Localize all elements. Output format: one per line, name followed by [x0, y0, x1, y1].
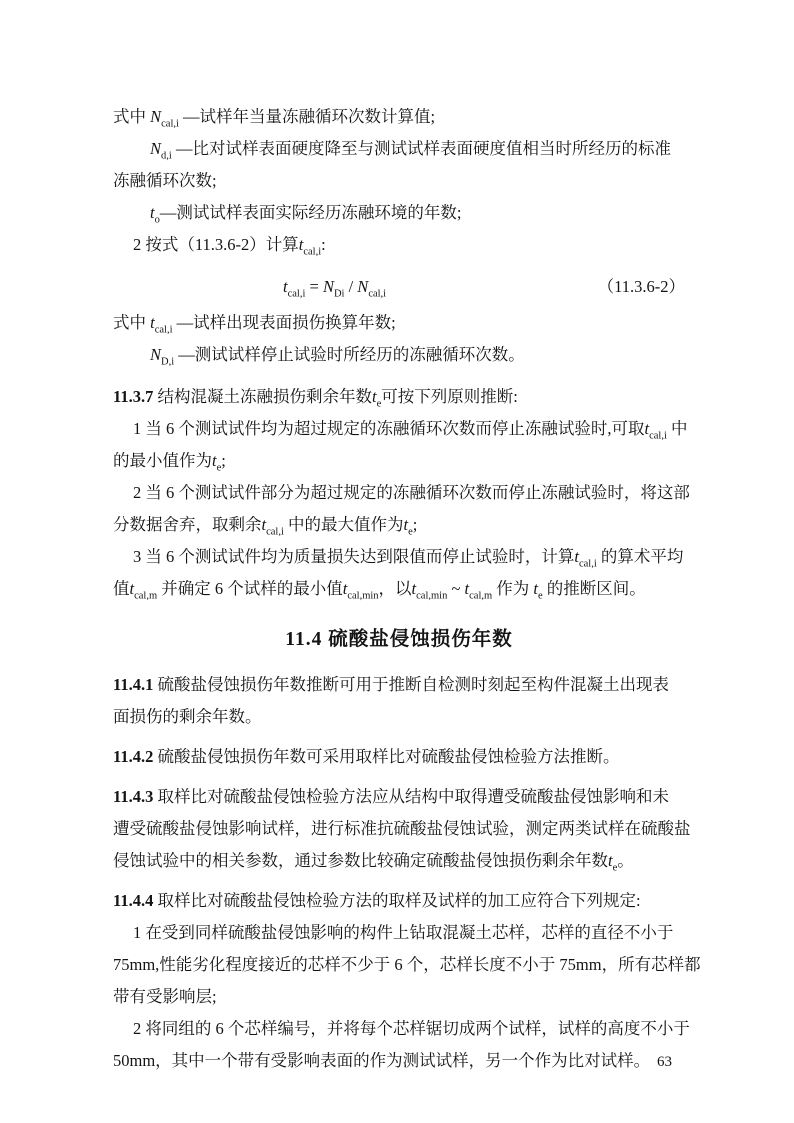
text-run: 取样比对硫酸盐侵蚀检验方法的取样及试样的加工应符合下列规定: — [153, 891, 640, 910]
text-run: 并确定 6 个试样的最小值 — [157, 579, 343, 598]
text-run: ; — [413, 515, 418, 534]
subscript-text: d,i — [161, 150, 172, 161]
document-line: 2 将同组的 6 个芯样编号，并将每个芯样锯切成两个试样，试样的高度不小于 — [113, 1013, 685, 1045]
text-run: 11.4 硫酸盐侵蚀损伤年数 — [285, 629, 512, 650]
document-page: 式中 Ncal,i —试样年当量冻融循环次数计算值;Nd,i —比对试样表面硬度… — [0, 0, 794, 1123]
text-run: = — [305, 277, 323, 296]
text-run: 遭受硫酸盐侵蚀影响试样，进行标准抗硫酸盐侵蚀试验，测定两类试样在硫酸盐 — [113, 819, 691, 838]
text-run: 可按下列原则推断: — [381, 387, 518, 406]
text-run: 2 将同组的 6 个芯样编号，并将每个芯样锯切成两个试样，试样的高度不小于 — [133, 1019, 690, 1038]
document-line: Nd,i —比对试样表面硬度降至与测试试样表面硬度值相当时所经历的标准 — [113, 133, 685, 165]
document-line: 50mm，其中一个带有受影响表面的作为测试试样，另一个作为比对试样。 — [113, 1045, 685, 1077]
document-line: 11.4.4 取样比对硫酸盐侵蚀检验方法的取样及试样的加工应符合下列规定: — [113, 885, 685, 917]
text-run: ; — [221, 451, 226, 470]
text-run: 带有受影响层; — [113, 987, 217, 1006]
subscript-text: Di — [334, 288, 345, 299]
text-run: 式中 — [113, 313, 150, 332]
subscript-text: D,i — [161, 356, 174, 367]
text-run: 1 当 6 个测试试件均为超过规定的冻融循环次数而停止冻融试验时,可取 — [133, 419, 645, 438]
text-run: —试样出现表面损伤换算年数; — [173, 313, 396, 332]
text-run: / — [344, 277, 357, 296]
variable-symbol: N — [323, 277, 334, 296]
subscript-text: cal,i — [266, 526, 284, 537]
text-run: 的最小值作为 — [113, 451, 212, 470]
subscript-text: cal,m — [134, 590, 157, 601]
text-run: 作为 — [492, 579, 533, 598]
document-line: 1 当 6 个测试试件均为超过规定的冻融循环次数而停止冻融试验时,可取tcal,… — [113, 413, 685, 445]
text-run: 2 当 6 个测试试件部分为超过规定的冻融循环次数而停止冻融试验时，将这部 — [133, 483, 690, 502]
text-run: 侵蚀试验中的相关参数，通过参数比较确定硫酸盐侵蚀损伤剩余年数 — [113, 851, 608, 870]
subscript-text: cal,min — [347, 590, 378, 601]
text-run: 的算术平均 — [597, 547, 684, 566]
document-line: 11.4.2 硫酸盐侵蚀损伤年数可采用取样比对硫酸盐侵蚀检验方法推断。 — [113, 741, 685, 773]
document-line: 带有受影响层; — [113, 981, 685, 1013]
text-run: 的推断区间。 — [543, 579, 646, 598]
clause-number: 11.4.3 — [113, 787, 153, 806]
document-line: 的最小值作为te; — [113, 445, 685, 477]
text-run: —测试试样表面实际经历冻融环境的年数; — [160, 203, 462, 222]
text-run: 。 — [617, 851, 634, 870]
document-line: to—测试试样表面实际经历冻融环境的年数; — [113, 197, 685, 229]
text-run: 取样比对硫酸盐侵蚀检验方法应从结构中取得遭受硫酸盐侵蚀影响和未 — [153, 787, 669, 806]
document-line: 式中 tcal,i —试样出现表面损伤换算年数; — [113, 307, 685, 339]
text-run: : — [321, 235, 326, 254]
text-run: ~ — [447, 579, 464, 598]
text-run: 中 — [667, 419, 688, 438]
subscript-text: cal,i — [161, 118, 179, 129]
text-run: 值 — [113, 579, 130, 598]
text-run: 式中 — [113, 107, 150, 126]
clause-number: 11.4.1 — [113, 675, 153, 694]
text-run: 50mm，其中一个带有受影响表面的作为测试试样，另一个作为比对试样。 — [113, 1051, 650, 1070]
text-run: 结构混凝土冻融损伤剩余年数 — [153, 387, 372, 406]
text-run: —比对试样表面硬度降至与测试试样表面硬度值相当时所经历的标准 — [172, 139, 671, 158]
subscript-text: cal,min — [416, 590, 447, 601]
document-line: 面损伤的剩余年数。 — [113, 701, 685, 733]
document-line: 2 当 6 个测试试件部分为超过规定的冻融循环次数而停止冻融试验时，将这部 — [113, 477, 685, 509]
text-run: 冻融循环次数; — [113, 171, 217, 190]
document-line: 遭受硫酸盐侵蚀影响试样，进行标准抗硫酸盐侵蚀试验，测定两类试样在硫酸盐 — [113, 813, 685, 845]
document-line: ND,i —测试试样停止试验时所经历的冻融循环次数。 — [113, 339, 685, 371]
variable-symbol: N — [357, 277, 368, 296]
document-line: 冻融循环次数; — [113, 165, 685, 197]
variable-symbol: N — [150, 139, 161, 158]
equation: tcal,i = NDi / Ncal,i（11.3.6-2） — [113, 271, 685, 303]
text-run: 硫酸盐侵蚀损伤年数可采用取样比对硫酸盐侵蚀检验方法推断。 — [153, 747, 619, 766]
document-line: 11.4.1 硫酸盐侵蚀损伤年数推断可用于推断自检测时刻起至构件混凝土出现表 — [113, 669, 685, 701]
subscript-text: cal,i — [649, 430, 667, 441]
text-run: ，以 — [379, 579, 412, 598]
text-run: 3 当 6 个测试试件均为质量损失达到限值而停止试验时，计算 — [133, 547, 574, 566]
document-line: 侵蚀试验中的相关参数，通过参数比较确定硫酸盐侵蚀损伤剩余年数te。 — [113, 845, 685, 877]
text-run: 中的最大值作为 — [284, 515, 404, 534]
document-line: 式中 Ncal,i —试样年当量冻融循环次数计算值; — [113, 101, 685, 133]
document-line: 11.4.3 取样比对硫酸盐侵蚀检验方法应从结构中取得遭受硫酸盐侵蚀影响和未 — [113, 781, 685, 813]
page-number: 63 — [657, 1052, 672, 1072]
subscript-text: cal,i — [155, 324, 173, 335]
clause-number: 11.4.4 — [113, 891, 153, 910]
document-body: 式中 Ncal,i —试样年当量冻融循环次数计算值;Nd,i —比对试样表面硬度… — [113, 101, 685, 1077]
document-line: 11.3.7 结构混凝土冻融损伤剩余年数te可按下列原则推断: — [113, 381, 685, 413]
document-line: 值tcal,m 并确定 6 个试样的最小值tcal,min，以tcal,min … — [113, 573, 685, 605]
subscript-text: cal,i — [579, 558, 597, 569]
document-line: 1 在受到同样硫酸盐侵蚀影响的构件上钻取混凝土芯样，芯样的直径不小于 — [113, 917, 685, 949]
document-line: 3 当 6 个测试试件均为质量损失达到限值而停止试验时，计算tcal,i 的算术… — [113, 541, 685, 573]
section-title: 11.4 硫酸盐侵蚀损伤年数 — [113, 625, 685, 655]
text-run: 面损伤的剩余年数。 — [113, 707, 262, 726]
subscript-text: cal,m — [469, 590, 492, 601]
subscript-text: cal,i — [303, 246, 321, 257]
text-run: 分数据舍弃，取剩余 — [113, 515, 262, 534]
formula-expression: tcal,i = NDi / Ncal,i — [283, 271, 386, 303]
text-run: —试样年当量冻融循环次数计算值; — [179, 107, 435, 126]
text-run: 1 在受到同样硫酸盐侵蚀影响的构件上钻取混凝土芯样，芯样的直径不小于 — [133, 923, 673, 942]
text-run: 2 按式（11.3.6-2）计算 — [133, 235, 299, 254]
text-run: —测试试样停止试验时所经历的冻融循环次数。 — [174, 345, 525, 364]
text-run: 75mm,性能劣化程度接近的芯样不少于 6 个，芯样长度不小于 75mm，所有芯… — [113, 955, 701, 974]
subscript-text: cal,i — [288, 288, 306, 299]
equation-number: （11.3.6-2） — [598, 271, 685, 303]
variable-symbol: N — [150, 107, 161, 126]
document-line: 分数据舍弃，取剩余tcal,i 中的最大值作为te; — [113, 509, 685, 541]
clause-number: 11.4.2 — [113, 747, 153, 766]
text-run: 硫酸盐侵蚀损伤年数推断可用于推断自检测时刻起至构件混凝土出现表 — [153, 675, 669, 694]
subscript-text: cal,i — [368, 288, 386, 299]
clause-number: 11.3.7 — [113, 387, 153, 406]
variable-symbol: N — [150, 345, 161, 364]
document-line: 2 按式（11.3.6-2）计算tcal,i: — [113, 229, 685, 261]
document-line: 75mm,性能劣化程度接近的芯样不少于 6 个，芯样长度不小于 75mm，所有芯… — [113, 949, 685, 981]
